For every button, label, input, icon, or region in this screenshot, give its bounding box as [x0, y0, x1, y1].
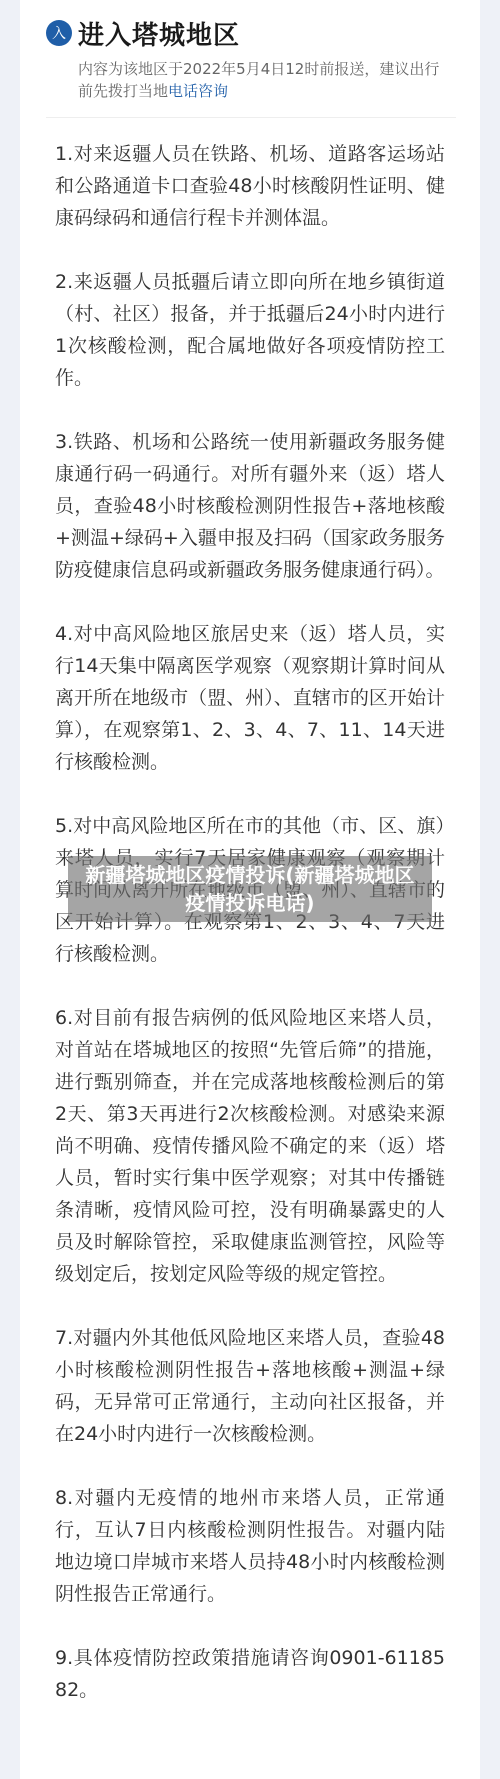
subtitle: 内容为该地区于2022年5月4日12时前报送，建议出行前先拨打当地电话咨询 [78, 58, 446, 102]
page: 入 进入塔城地区 内容为该地区于2022年5月4日12时前报送，建议出行前先拨打… [0, 0, 500, 1779]
caption-overlay: 新疆塔城地区疫情投诉(新疆塔城地区疫情投诉电话) [68, 856, 432, 922]
policy-item-1: 1.对来返疆人员在铁路、机场、道路客运场站和公路通道卡口查验48小时核酸阴性证明… [55, 138, 445, 234]
policy-item-6: 6.对目前有报告病例的低风险地区来塔人员，对首站在塔城地区的按照“先管后筛”的措… [55, 1002, 445, 1290]
subtitle-text: 内容为该地区于2022年5月4日12时前报送，建议出行前先拨打当地 [78, 60, 439, 100]
divider [46, 117, 456, 118]
page-title: 进入塔城地区 [78, 15, 240, 52]
policy-item-3: 3.铁路、机场和公路统一使用新疆政务服务健康通行码一码通行。对所有疆外来（返）塔… [55, 426, 445, 586]
policy-list: 1.对来返疆人员在铁路、机场、道路客运场站和公路通道卡口查验48小时核酸阴性证明… [55, 138, 445, 1738]
caption-overlay-text: 新疆塔城地区疫情投诉(新疆塔城地区疫情投诉电话) [76, 861, 424, 917]
section-header: 入 进入塔城地区 内容为该地区于2022年5月4日12时前报送，建议出行前先拨打… [46, 16, 446, 102]
policy-item-7: 7.对疆内外其他低风险地区来塔人员，查验48小时核酸检测阴性报告+落地核酸+测温… [55, 1322, 445, 1450]
enter-icon: 入 [46, 20, 72, 46]
policy-item-4: 4.对中高风险地区旅居史来（返）塔人员，实行14天集中隔离医学观察（观察期计算时… [55, 618, 445, 778]
title-row: 入 进入塔城地区 [46, 16, 446, 50]
phone-consult-link[interactable]: 电话咨询 [168, 82, 228, 100]
policy-item-9: 9.具体疫情防控政策措施请咨询0901-6118582。 [55, 1642, 445, 1706]
policy-item-8: 8.对疆内无疫情的地州市来塔人员，正常通行，互认7日内核酸检测阴性报告。对疆内陆… [55, 1482, 445, 1610]
policy-item-2: 2.来返疆人员抵疆后请立即向所在地乡镇街道（村、社区）报备，并于抵疆后24小时内… [55, 266, 445, 394]
